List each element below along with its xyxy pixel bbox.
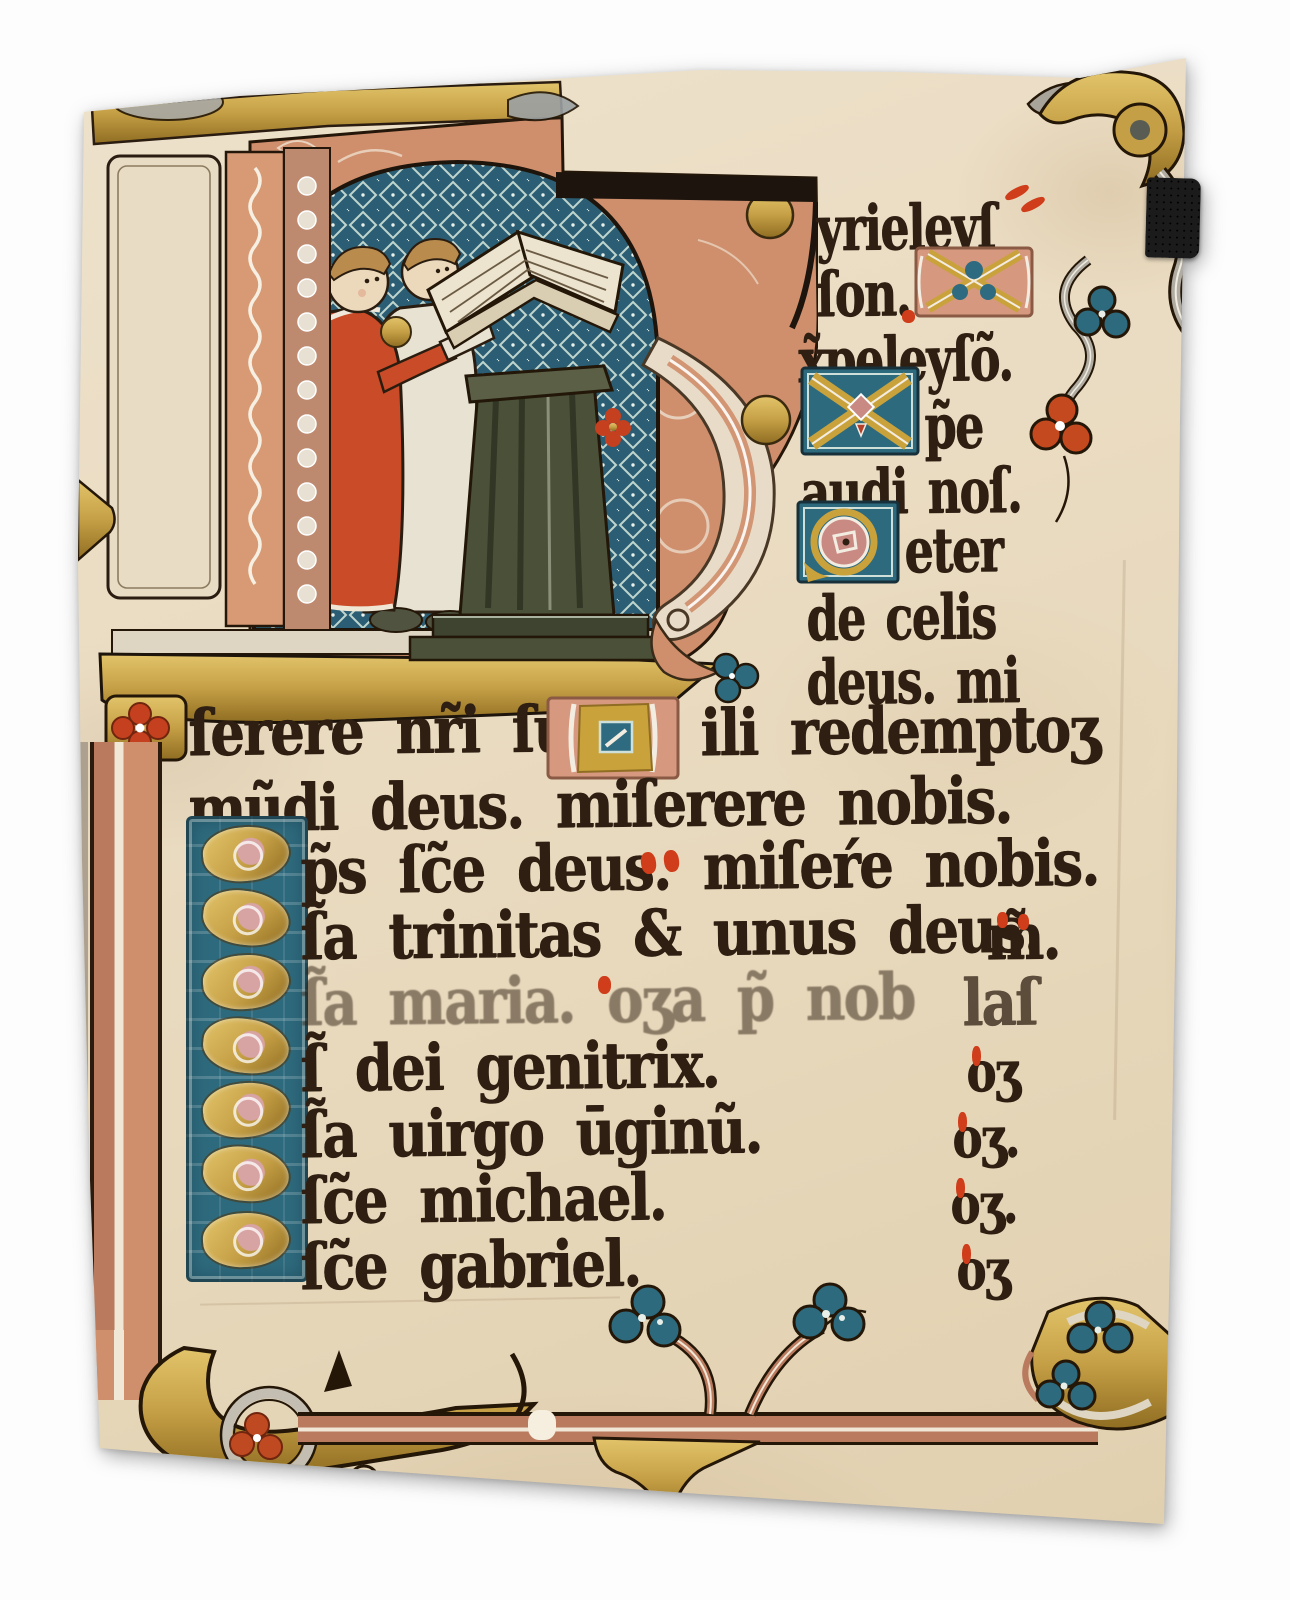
christe-initial-panel bbox=[800, 366, 920, 456]
gold-ball-mid bbox=[742, 396, 790, 444]
rubric-mark bbox=[958, 1112, 967, 1132]
bottom-ivy-spray bbox=[590, 1268, 930, 1418]
litany-initials-column bbox=[186, 816, 308, 1282]
text-line: laſ bbox=[962, 971, 1037, 1036]
text-line: ſ̃ dei genitrix. bbox=[300, 1034, 719, 1102]
text-line: de celis bbox=[806, 586, 996, 650]
text-line: ſ̃a uirgo ūginũ. bbox=[300, 1099, 762, 1168]
gold-initial bbox=[200, 1078, 292, 1142]
rubric-mark bbox=[1018, 914, 1029, 930]
text-line: eter bbox=[904, 519, 1002, 582]
historiated-initial-K bbox=[78, 60, 818, 770]
left-border-bar bbox=[90, 742, 162, 1394]
blue-trefoil-leaf bbox=[1075, 287, 1129, 337]
vellum-hole bbox=[528, 1410, 556, 1440]
rubric-mark bbox=[956, 1178, 965, 1198]
gold-clasp bbox=[381, 317, 411, 347]
gold-initial bbox=[200, 1015, 291, 1078]
gold-initial bbox=[201, 1210, 291, 1270]
rubric-mark bbox=[902, 310, 915, 323]
pater-initial-panel bbox=[796, 500, 900, 584]
gold-initial bbox=[200, 823, 291, 886]
text-line: p̃e bbox=[924, 395, 983, 458]
stem-inner-panel bbox=[108, 156, 220, 598]
text-line: ſerere nr̃i ſue bbox=[188, 698, 604, 766]
photograph-of-manuscript-leaf: yrieleyſ ſon. x̃peleyſõ. p̃e audi noſ. bbox=[0, 0, 1290, 1600]
lectern-base bbox=[410, 637, 668, 660]
text-line: ſon. bbox=[816, 263, 910, 326]
gold-initial bbox=[201, 951, 291, 1012]
gold-initial bbox=[201, 1143, 291, 1204]
rubric-mark bbox=[972, 1046, 981, 1066]
binding-tab bbox=[1145, 177, 1201, 258]
rubric-mark bbox=[962, 1244, 971, 1264]
blue-trefoil-leaf bbox=[610, 1286, 680, 1346]
gold-initial bbox=[200, 886, 292, 950]
bottom-gold-wedge bbox=[588, 1432, 768, 1527]
rubric-mark bbox=[997, 912, 1008, 928]
leaf-wrap: yrieleyſ ſon. x̃peleyſõ. p̃e audi noſ. bbox=[0, 0, 1290, 1600]
left-border-outer-line bbox=[80, 742, 88, 1392]
bottom-right-corner-ornament bbox=[1008, 1282, 1188, 1442]
orange-trefoil-leaf bbox=[1031, 395, 1091, 453]
blue-trefoil-leaf bbox=[794, 1284, 864, 1340]
vellum-leaf: yrieleyſ ſon. x̃peleyſõ. p̃e audi noſ. bbox=[0, 0, 1290, 1600]
rubric-mark bbox=[598, 976, 611, 994]
vellum-crease bbox=[1113, 560, 1126, 1120]
lectern-shaft bbox=[460, 382, 614, 615]
text-line: ili redemptoʒ bbox=[700, 698, 1099, 766]
lectern-step bbox=[433, 615, 648, 637]
text-line: ſc̃e michael. bbox=[300, 1166, 666, 1234]
right-margin-vine bbox=[1018, 250, 1158, 550]
text-line: ſ̃a trinitas & unus deus. bbox=[300, 898, 1041, 970]
